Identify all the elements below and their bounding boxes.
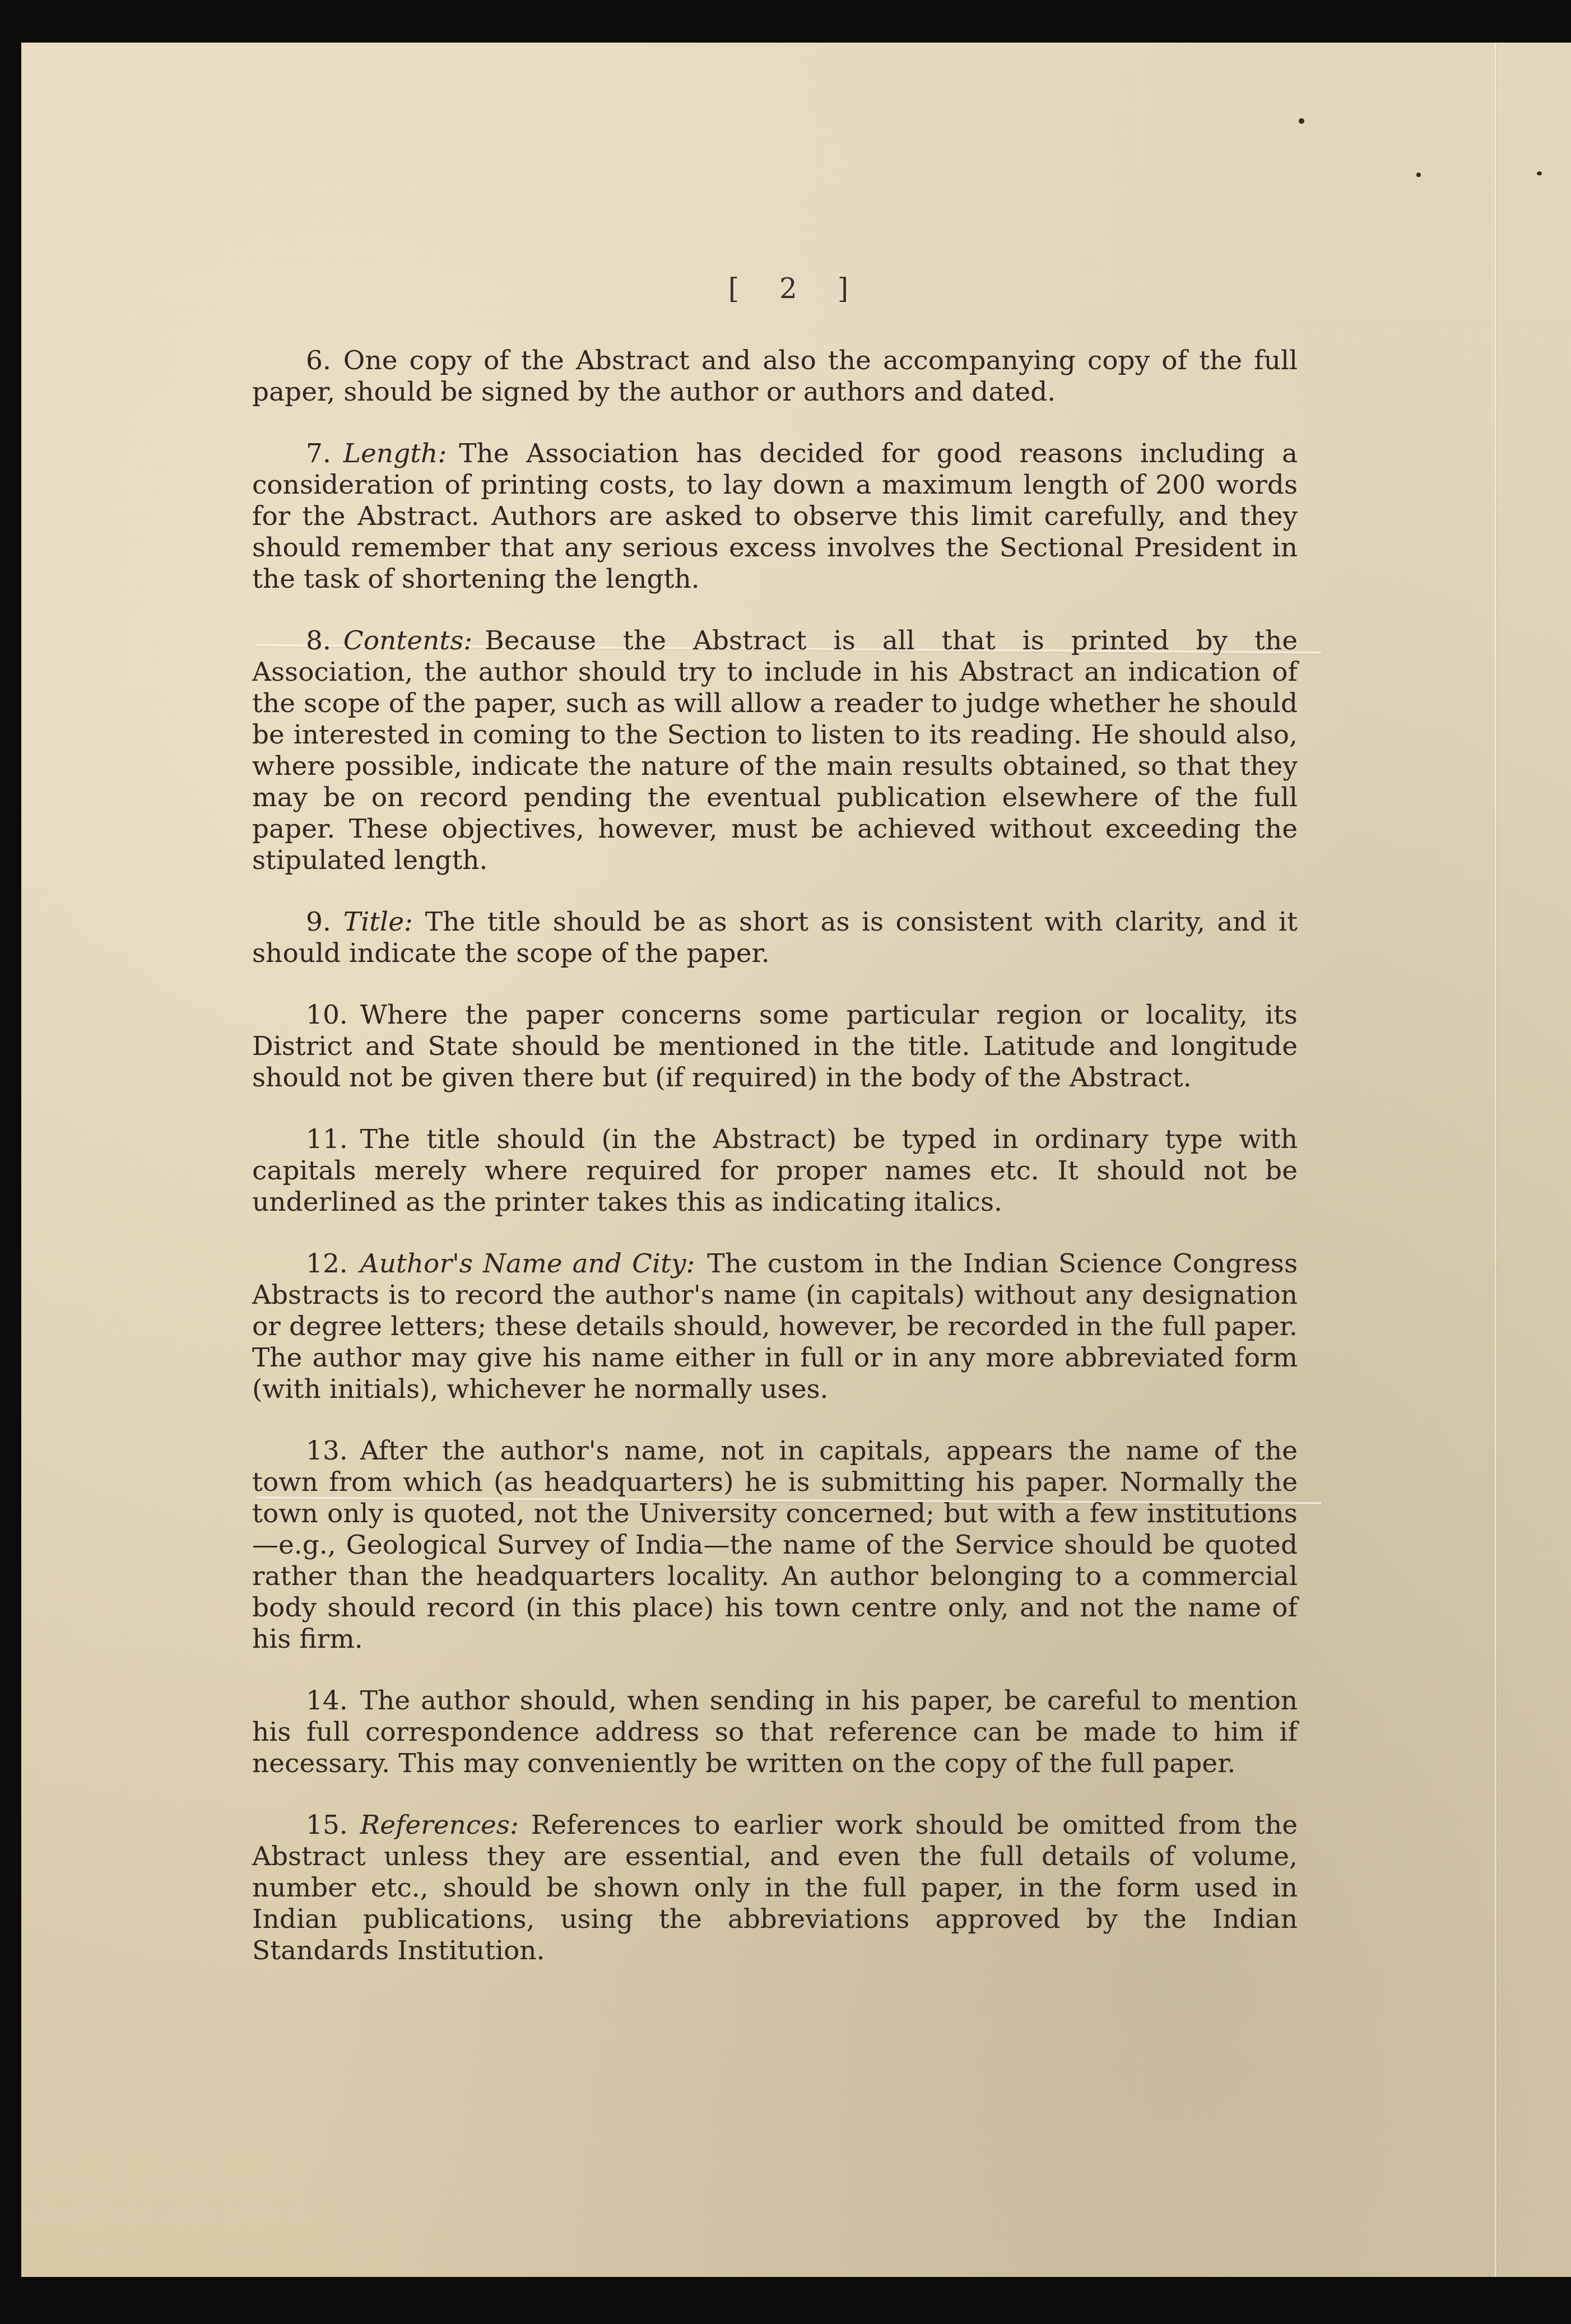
document-body: 6.One copy of the Abstract and also the …: [252, 345, 1298, 1997]
paragraph-14: 14.The author should, when sending in hi…: [252, 1685, 1298, 1779]
paragraph-text: The author should, when sending in his p…: [252, 1685, 1298, 1779]
paragraph-6: 6.One copy of the Abstract and also the …: [252, 345, 1298, 408]
paragraph-number: 6.: [306, 345, 331, 376]
paragraph-number: 15.: [306, 1810, 348, 1840]
paragraph-number: 8.: [306, 625, 331, 656]
paragraph-text: One copy of the Abstract and also the ac…: [252, 345, 1298, 407]
paragraph-heading: Author's Name and City:: [360, 1248, 695, 1279]
paragraph-number: 10.: [306, 1000, 348, 1030]
scanned-page: [ 2 ] 6.One copy of the Abstract and als…: [21, 43, 1571, 2277]
paragraph-13: 13.After the author's name, not in capit…: [252, 1435, 1298, 1655]
page-number: [ 2 ]: [21, 272, 1571, 305]
paragraph-11: 11.The title should (in the Abstract) be…: [252, 1124, 1298, 1218]
paragraph-heading: References:: [360, 1810, 519, 1840]
paragraph-number: 7.: [306, 438, 331, 469]
paper-fold-line: [1495, 43, 1496, 2277]
paragraph-number: 13.: [306, 1435, 348, 1466]
pin-hole-mark: [1416, 173, 1421, 177]
paragraph-text: After the author's name, not in capitals…: [252, 1435, 1298, 1654]
paragraph-9-title: 9.Title:The title should be as short as …: [252, 907, 1298, 969]
paragraph-15-references: 15.References:References to earlier work…: [252, 1810, 1298, 1967]
paragraph-10: 10.Where the paper concerns some particu…: [252, 1000, 1298, 1094]
paragraph-number: 14.: [306, 1685, 348, 1716]
paragraph-text: The title should (in the Abstract) be ty…: [252, 1124, 1298, 1217]
paragraph-heading: Length:: [343, 438, 447, 469]
pin-hole-mark: [1537, 171, 1542, 175]
paragraph-heading: Contents:: [343, 625, 472, 656]
paragraph-12-author-name-city: 12.Author's Name and City:The custom in …: [252, 1248, 1298, 1405]
paragraph-8-contents: 8.Contents:Because the Abstract is all t…: [252, 625, 1298, 876]
paragraph-text: Because the Abstract is all that is prin…: [252, 625, 1298, 876]
paragraph-number: 12.: [306, 1248, 348, 1279]
paragraph-number: 9.: [306, 907, 331, 937]
pin-hole-mark: [1299, 118, 1304, 124]
paragraph-text: Where the paper concerns some particular…: [252, 1000, 1298, 1093]
paragraph-7-length: 7.Length:The Association has decided for…: [252, 438, 1298, 595]
paragraph-heading: Title:: [343, 907, 413, 937]
paragraph-number: 11.: [306, 1124, 348, 1155]
